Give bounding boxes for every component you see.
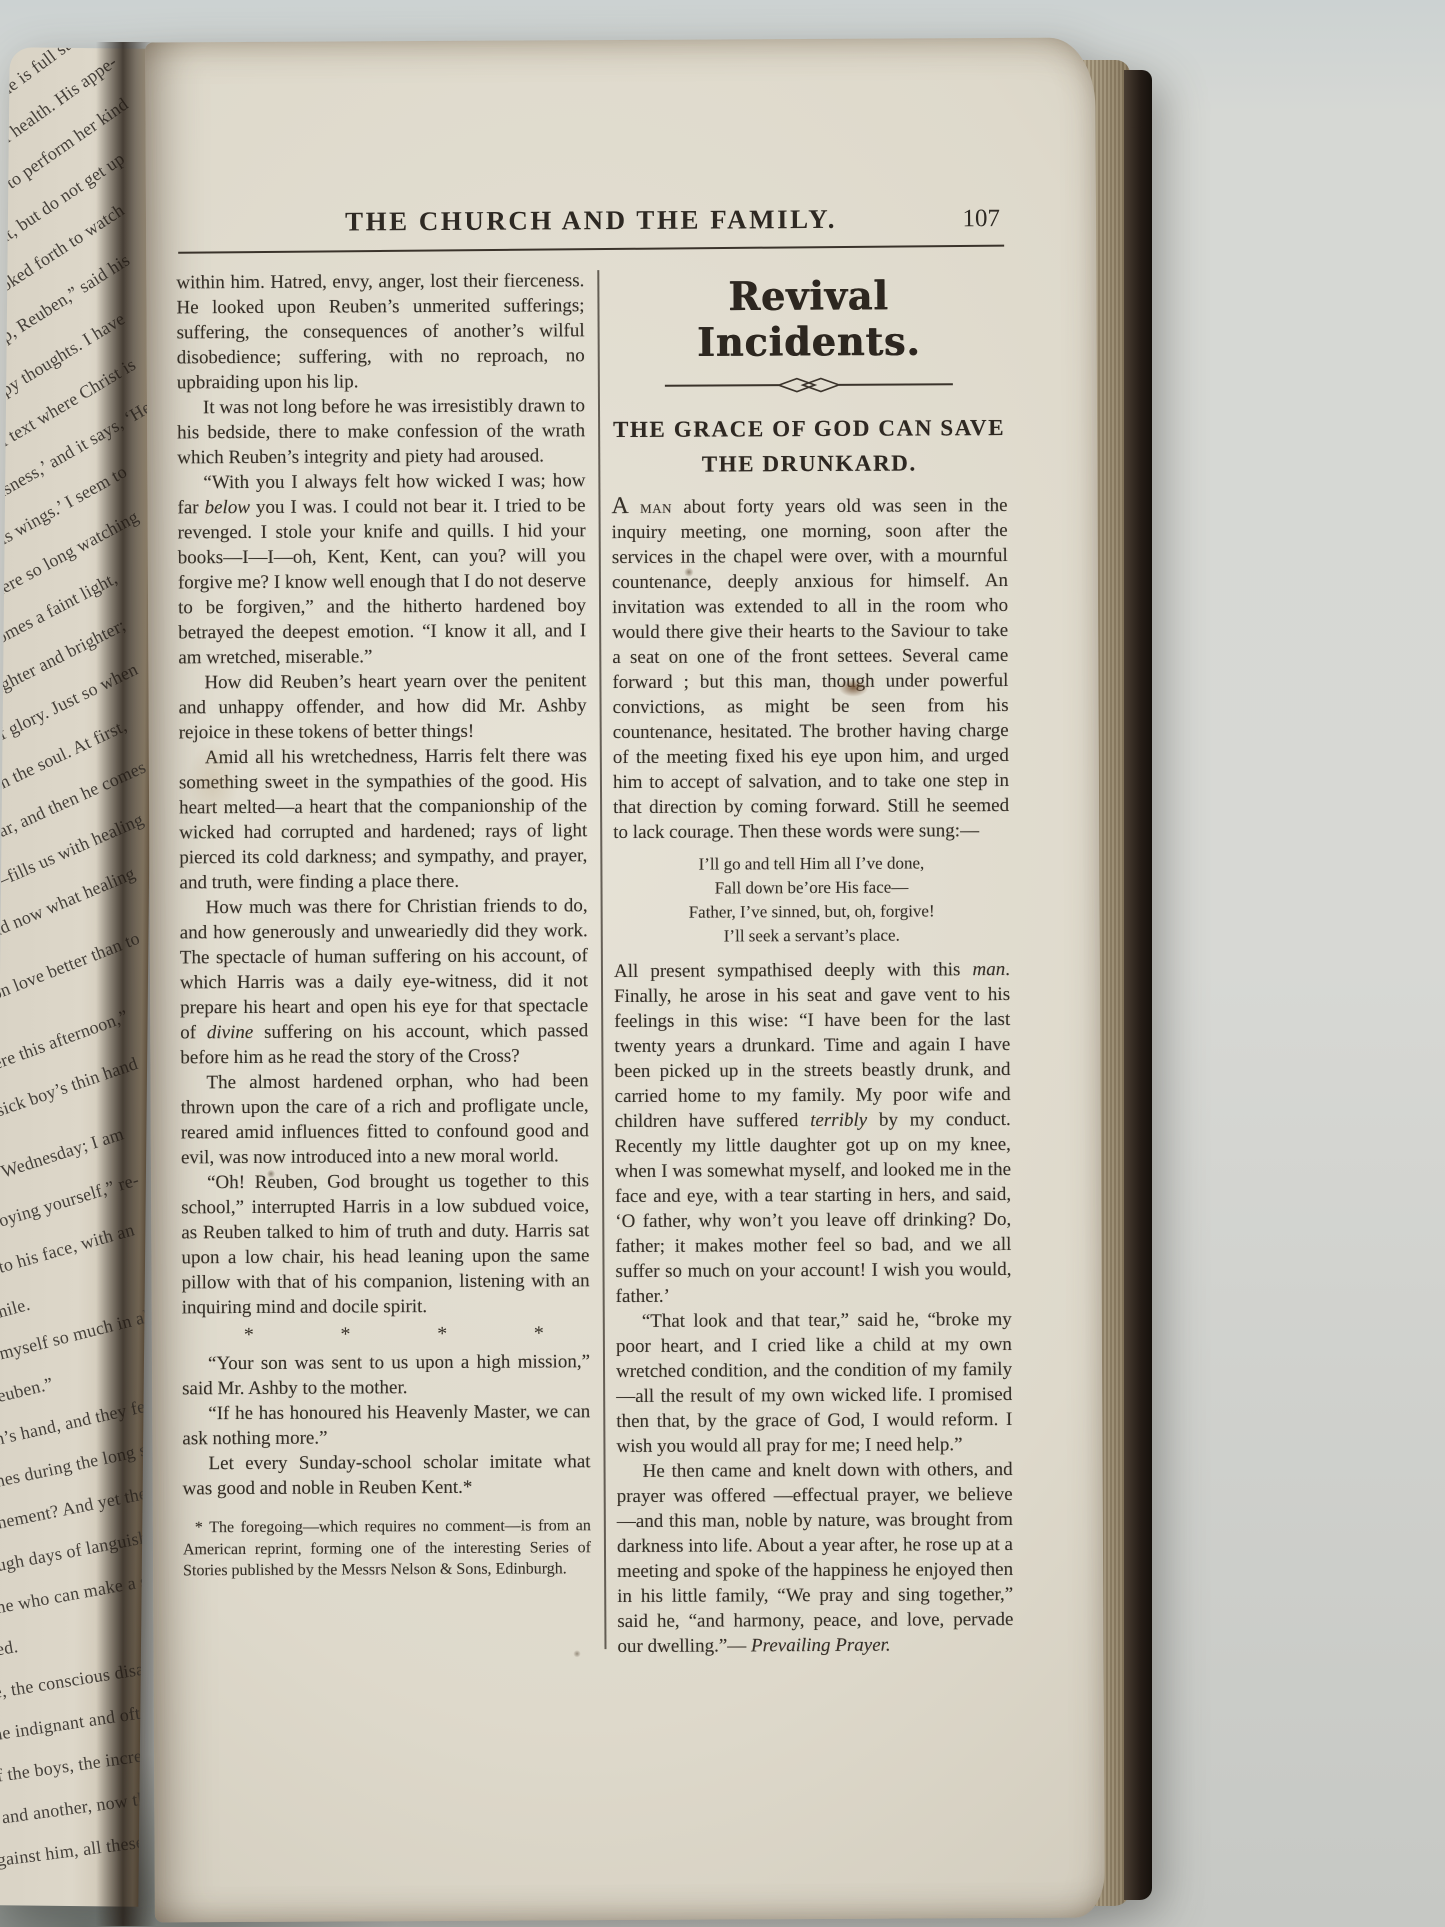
hymn-verse: I’ll go and tell Him all I’ve done, Fall… — [613, 851, 1009, 949]
previous-page-text-fragment: Reuben.” — [0, 1373, 55, 1409]
hymn-line: Fall down be’ore His face— — [613, 875, 1009, 901]
hymn-line: I’ll seek a servant’s place. — [614, 923, 1010, 949]
paragraph: How did Reuben’s heart yearn over the pe… — [178, 668, 586, 745]
small-caps-word: man — [640, 497, 672, 518]
paragraph: “Your son was sent to us upon a high mis… — [182, 1349, 590, 1401]
article-title: THE GRACE OF GOD CAN SAVE THE DRUNKARD. — [611, 410, 1007, 482]
lead-capital: A — [611, 493, 640, 519]
italic-word: terribly — [810, 1110, 867, 1131]
asterisk: * — [534, 1321, 544, 1346]
previous-page-text-fragment: smile. — [0, 1294, 32, 1326]
book-photo: to one is full strength, neral health. H… — [0, 14, 1165, 1914]
italic-word: man — [972, 959, 1005, 980]
footnote: * The foregoing—which requires no commen… — [183, 1515, 591, 1582]
paragraph: The almost hardened orphan, who had been… — [180, 1068, 589, 1170]
header-rule — [178, 245, 1004, 254]
paragraph-text: by my conduct. Recently my little daught… — [615, 1109, 1012, 1307]
divider-ornament-icon — [611, 374, 1007, 396]
hymn-line: Father, I’ve sinned, but, oh, forgive! — [614, 899, 1010, 925]
paragraph: within him. Hatred, envy, anger, lost th… — [176, 268, 585, 395]
page-number: 107 — [962, 205, 1000, 233]
section-title-blackletter: Revival Incidents. — [610, 272, 1006, 366]
column-rule — [597, 270, 606, 1649]
paragraph: A man about forty years old was seen in … — [611, 492, 1009, 845]
paragraph: “If he has honoured his Heavenly Master,… — [182, 1399, 590, 1451]
attribution-italic: Prevailing Prayer. — [751, 1635, 891, 1657]
asterisk: * — [437, 1322, 447, 1347]
asterisk: * — [244, 1323, 254, 1348]
right-column: Revival Incidents. THE GRACE OF GOD CAN … — [610, 266, 1013, 1659]
paragraph: “Oh! Reuben, God brought us together to … — [181, 1168, 590, 1320]
paragraph-text: about forty years old was seen in the in… — [612, 495, 1010, 843]
paragraph: All present sympathised deeply with this… — [614, 957, 1012, 1309]
paragraph: Let every Sunday-school scholar imitate … — [182, 1449, 590, 1501]
asterisk-separator: * * * * — [182, 1318, 590, 1351]
paragraph: Amid all his wretchedness, Harris felt t… — [179, 743, 588, 895]
book-cover-edge — [1124, 70, 1152, 1900]
paragraph-text: . Finally, he arose in his seat and gave… — [614, 959, 1011, 1132]
paragraph: It was not long before he was irresistib… — [177, 393, 585, 470]
paragraph: “That look and that tear,” said he, “bro… — [616, 1307, 1013, 1459]
paragraph: He then came and knelt down with others,… — [617, 1457, 1014, 1659]
italic-word: below — [205, 497, 250, 518]
asterisk: * — [340, 1322, 350, 1347]
paragraph-text: He then came and knelt down with others,… — [617, 1459, 1014, 1657]
paragraph-text: you I was. I could not bear it. I tried … — [178, 495, 587, 668]
page-columns: within him. Hatred, envy, anger, lost th… — [176, 266, 1013, 1661]
book-page: THE CHURCH AND THE FAMILY. 107 within hi… — [145, 38, 1105, 1923]
paragraph-text: All present sympathised deeply with this — [614, 959, 973, 982]
hymn-line: I’ll go and tell Him all I’ve done, — [613, 851, 1009, 877]
italic-word: divine — [207, 1022, 254, 1043]
paragraph: How much was there for Christian friends… — [180, 893, 589, 1070]
left-column: within him. Hatred, envy, anger, lost th… — [176, 268, 591, 1661]
paragraph: “With you I always felt how wicked I was… — [177, 468, 586, 670]
previous-page-text-fragment: bed. — [0, 1636, 20, 1662]
running-title: THE CHURCH AND THE FAMILY. — [176, 203, 1006, 238]
running-header: THE CHURCH AND THE FAMILY. 107 — [176, 203, 1006, 241]
